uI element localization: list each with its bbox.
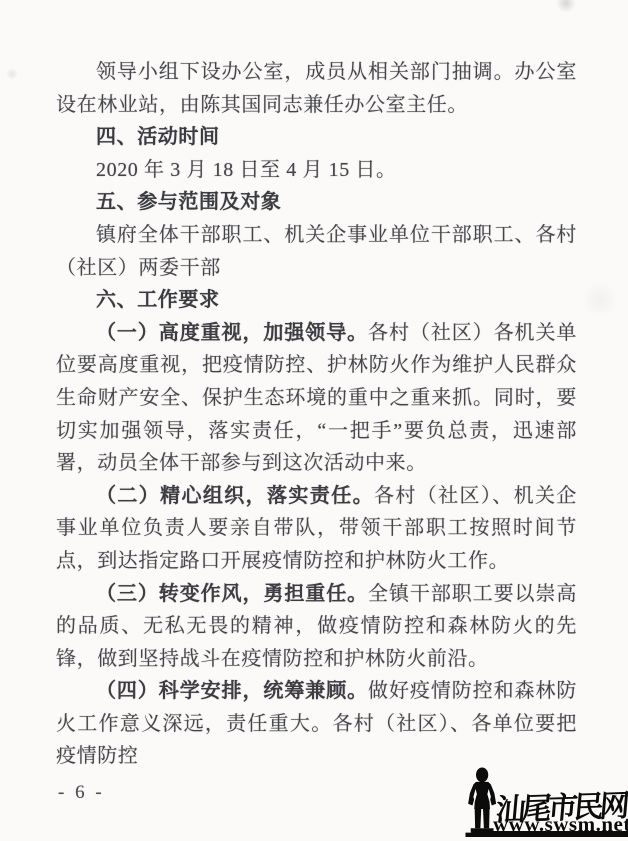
work-requirement-item-2: （二）精心组织，落实责任。各村（社区）、机关企事业单位负责人要亲自带队，带领干部… [56, 480, 577, 578]
watermark-underline-bar [472, 831, 628, 837]
paragraph-activity-dates: 2020 年 3 月 18 日至 4 月 15 日。 [56, 154, 577, 187]
section-heading-5-scope: 五、参与范围及对象 [56, 186, 577, 219]
section-heading-4-activity-time: 四、活动时间 [56, 121, 577, 154]
scanned-document-page: 领导小组下设办公室，成员从相关部门抽调。办公室设在林业站，由陈其国同志兼任办公室… [0, 0, 628, 841]
work-requirement-item-3: （三）转变作风，勇担重任。全镇干部职工要以崇高的品质、无私无畏的精神，做疫情防控… [56, 578, 577, 676]
work-requirement-item-4: （四）科学安排，统筹兼顾。做好疫情防控和森林防火工作意义深远，责任重大。各村（社… [56, 675, 577, 773]
item-4-lead: （四）科学安排，统筹兼顾。 [96, 680, 368, 702]
item-3-lead: （三）转变作风，勇担重任。 [96, 583, 368, 605]
page-number: - 6 - [58, 782, 105, 804]
paragraph-office-setup: 领导小组下设办公室，成员从相关部门抽调。办公室设在林业站，由陈其国同志兼任办公室… [56, 56, 577, 121]
paragraph-scope: 镇府全体干部职工、机关企事业单位干部职工、各村（社区）两委干部 [56, 219, 577, 284]
item-1-lead: （一）高度重视，加强领导。 [96, 322, 368, 344]
site-watermark: 汕尾市民网 www.swsm.net [460, 763, 628, 837]
section-heading-6-work-requirements: 六、工作要求 [56, 284, 577, 317]
document-body: 领导小组下设办公室，成员从相关部门抽调。办公室设在林业站，由陈其国同志兼任办公室… [56, 56, 577, 773]
item-2-lead: （二）精心组织，落实责任。 [96, 485, 374, 507]
work-requirement-item-1: （一）高度重视，加强领导。各村（社区）各机关单位要高度重视，把疫情防控、护林防火… [56, 317, 577, 480]
item-1-text: 各村（社区）各机关单位要高度重视，把疫情防控、护林防火作为维护人民群众生命财产安… [56, 322, 577, 474]
